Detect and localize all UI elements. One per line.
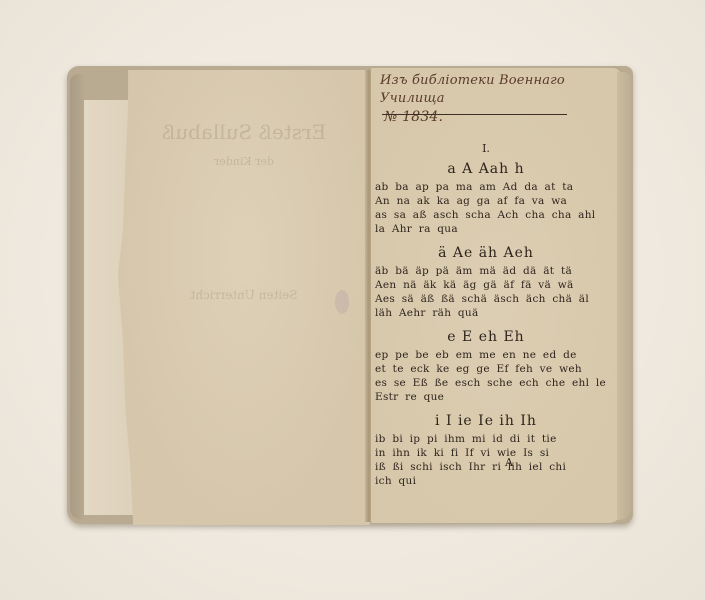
syllable-line: as sa aß asch scha Ach cha cha ahl [375, 208, 597, 222]
syllable-line: in ihn ik ki fi If vi wie Is si [375, 446, 597, 460]
ink-stain [335, 290, 349, 314]
library-inscription: Изъ библiотеки Военнаго Училища № 1834. [380, 72, 620, 126]
ghost-line: Seiten Unterricht [118, 288, 370, 302]
section-i: i I ie Ie ih Ih ib bi ip pi ihm mi id di… [375, 410, 597, 488]
right-page-edge [617, 72, 631, 520]
ghost-subtitle: der Kinder [118, 155, 370, 168]
syllable-line: iß ßi schi isch Ihr ri lih iel chi [375, 460, 597, 474]
left-page: Ersteß Sullabuß der Kinder Seiten Unterr… [118, 70, 370, 525]
section-e: e E eh Eh ep pe be eb em me en ne ed de … [375, 326, 597, 404]
section-a: a A Aah h ab ba ap pa ma am Ad da at ta … [375, 158, 597, 236]
syllable-tables: I. a A Aah h ab ba ap pa ma am Ad da at … [375, 140, 597, 488]
section-heading: e E eh Eh [375, 326, 597, 348]
syllable-line: äb bä äp pä äm mä äd dä ät tä [375, 264, 597, 278]
syllable-line: ich qui [375, 474, 597, 488]
syllable-line: es se Eß ße esch sche ech che ehl le [375, 376, 597, 390]
inscription-line-1: Изъ библiотеки Военнаго Училища [380, 72, 620, 108]
signature-mark: A [505, 456, 513, 469]
ghost-title: Ersteß Sullabuß [118, 120, 370, 144]
inscription-underline [382, 114, 567, 115]
inscription-line-2: № 1834. [380, 108, 620, 126]
section-heading: ä Ae äh Aeh [375, 242, 597, 264]
section-heading: a A Aah h [375, 158, 597, 180]
syllable-line: la Ahr ra qua [375, 222, 597, 236]
syllable-line: Estr re que [375, 390, 597, 404]
syllable-line: ab ba ap pa ma am Ad da at ta [375, 180, 597, 194]
cover-spine-edge [70, 74, 84, 519]
syllable-line: läh Aehr räh quä [375, 306, 597, 320]
syllable-line: Aes sä äß ßä schä äsch äch chä äl [375, 292, 597, 306]
syllable-line: et te eck ke eg ge Ef feh ve weh [375, 362, 597, 376]
syllable-line: ep pe be eb em me en ne ed de [375, 348, 597, 362]
section-number: I. [375, 140, 597, 158]
syllable-line: Aen nä äk kä äg gä äf fä vä wä [375, 278, 597, 292]
syllable-line: An na ak ka ag ga af fa va wa [375, 194, 597, 208]
syllable-line: ib bi ip pi ihm mi id di it tie [375, 432, 597, 446]
section-heading: i I ie Ie ih Ih [375, 410, 597, 432]
section-ae: ä Ae äh Aeh äb bä äp pä äm mä äd dä ät t… [375, 242, 597, 320]
